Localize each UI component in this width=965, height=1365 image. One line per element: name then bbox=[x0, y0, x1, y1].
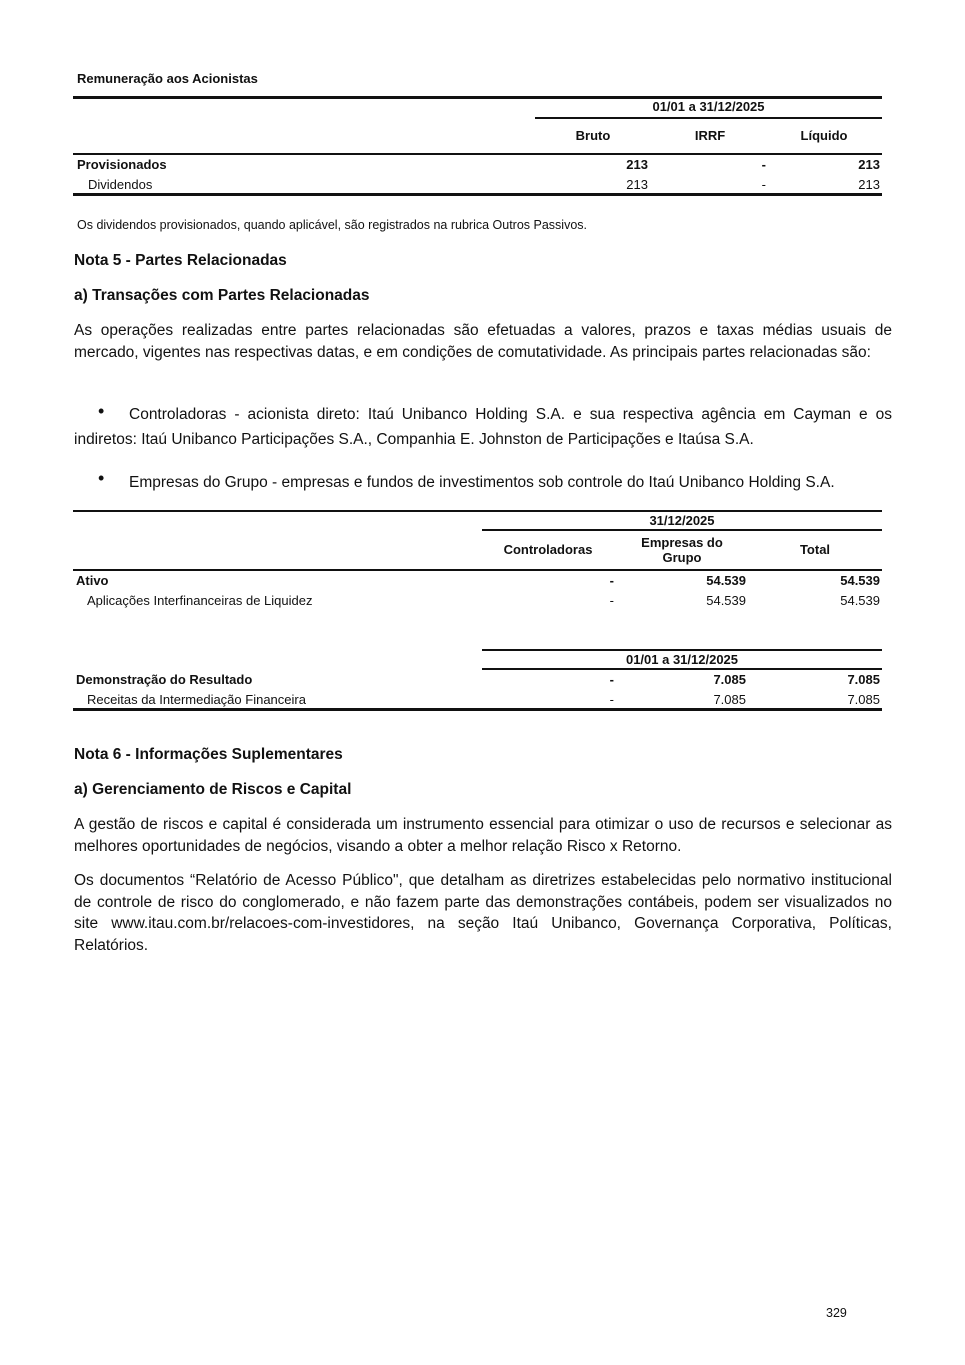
cell-empresas: 7.085 bbox=[640, 692, 746, 707]
table-rule bbox=[73, 153, 882, 155]
cell-total: 54.539 bbox=[780, 573, 880, 588]
cell-empresas: 54.539 bbox=[640, 593, 746, 608]
cell-liquido: 213 bbox=[790, 157, 880, 172]
row-label: Dividendos bbox=[88, 177, 152, 192]
cell-controladoras: - bbox=[560, 692, 614, 707]
nota6-title: Nota 6 - Informações Suplementares bbox=[74, 746, 343, 764]
cell-controladoras: - bbox=[560, 672, 614, 687]
column-header-irrf: IRRF bbox=[670, 128, 750, 143]
row-label: Provisionados bbox=[77, 157, 167, 172]
cell-controladoras: - bbox=[560, 573, 614, 588]
remuneracao-title: Remuneração aos Acionistas bbox=[77, 71, 258, 86]
nota6-paragraph-2: Os documentos “Relatório de Acesso Públi… bbox=[74, 870, 892, 956]
table-rule bbox=[482, 668, 882, 670]
cell-total: 7.085 bbox=[780, 672, 880, 687]
bullet-icon: • bbox=[98, 401, 104, 422]
period-header: 01/01 a 31/12/2025 bbox=[535, 99, 882, 114]
nota5-subtitle: a) Transações com Partes Relacionadas bbox=[74, 287, 370, 305]
nota6-paragraph-1: A gestão de riscos e capital é considera… bbox=[74, 814, 892, 857]
table-rule bbox=[73, 510, 882, 512]
nota6-subtitle: a) Gerenciamento de Riscos e Capital bbox=[74, 781, 351, 799]
nota5-intro: As operações realizadas entre partes rel… bbox=[74, 320, 892, 363]
bullet-text: Empresas do Grupo - empresas e fundos de… bbox=[129, 474, 835, 492]
cell-controladoras: - bbox=[560, 593, 614, 608]
row-label: Ativo bbox=[76, 573, 109, 588]
cell-bruto: 213 bbox=[560, 157, 648, 172]
page-number: 329 bbox=[826, 1306, 847, 1320]
table-rule bbox=[535, 117, 882, 119]
column-header-empresas-line1: Empresas do bbox=[622, 535, 742, 550]
column-header-empresas-line2: Grupo bbox=[622, 550, 742, 565]
cell-empresas: 7.085 bbox=[640, 672, 746, 687]
cell-bruto: 213 bbox=[560, 177, 648, 192]
remuneracao-footnote: Os dividendos provisionados, quando apli… bbox=[77, 218, 587, 232]
cell-irrf: - bbox=[700, 177, 766, 192]
row-label: Aplicações Interfinanceiras de Liquidez bbox=[87, 593, 312, 608]
cell-liquido: 213 bbox=[790, 177, 880, 192]
bullet-icon: • bbox=[98, 468, 104, 489]
cell-empresas: 54.539 bbox=[640, 573, 746, 588]
bullet-text-line2: indiretos: Itaú Unibanco Participações S… bbox=[74, 431, 754, 449]
cell-total: 54.539 bbox=[780, 593, 880, 608]
column-header-bruto: Bruto bbox=[553, 128, 633, 143]
row-label: Receitas da Intermediação Financeira bbox=[87, 692, 306, 707]
period-header: 31/12/2025 bbox=[482, 513, 882, 528]
period-header: 01/01 a 31/12/2025 bbox=[482, 652, 882, 667]
table-rule bbox=[73, 708, 882, 711]
table-rule bbox=[73, 193, 882, 196]
bullet-text-line1: Controladoras - acionista direto: Itaú U… bbox=[129, 406, 892, 424]
column-header-liquido: Líquido bbox=[784, 128, 864, 143]
cell-irrf: - bbox=[700, 157, 766, 172]
nota5-title: Nota 5 - Partes Relacionadas bbox=[74, 252, 287, 270]
row-label: Demonstração do Resultado bbox=[76, 672, 252, 687]
column-header-total: Total bbox=[775, 542, 855, 557]
column-header-controladoras: Controladoras bbox=[493, 542, 603, 557]
table-rule bbox=[73, 569, 882, 571]
cell-total: 7.085 bbox=[780, 692, 880, 707]
table-rule bbox=[482, 529, 882, 531]
table-rule bbox=[482, 649, 882, 651]
